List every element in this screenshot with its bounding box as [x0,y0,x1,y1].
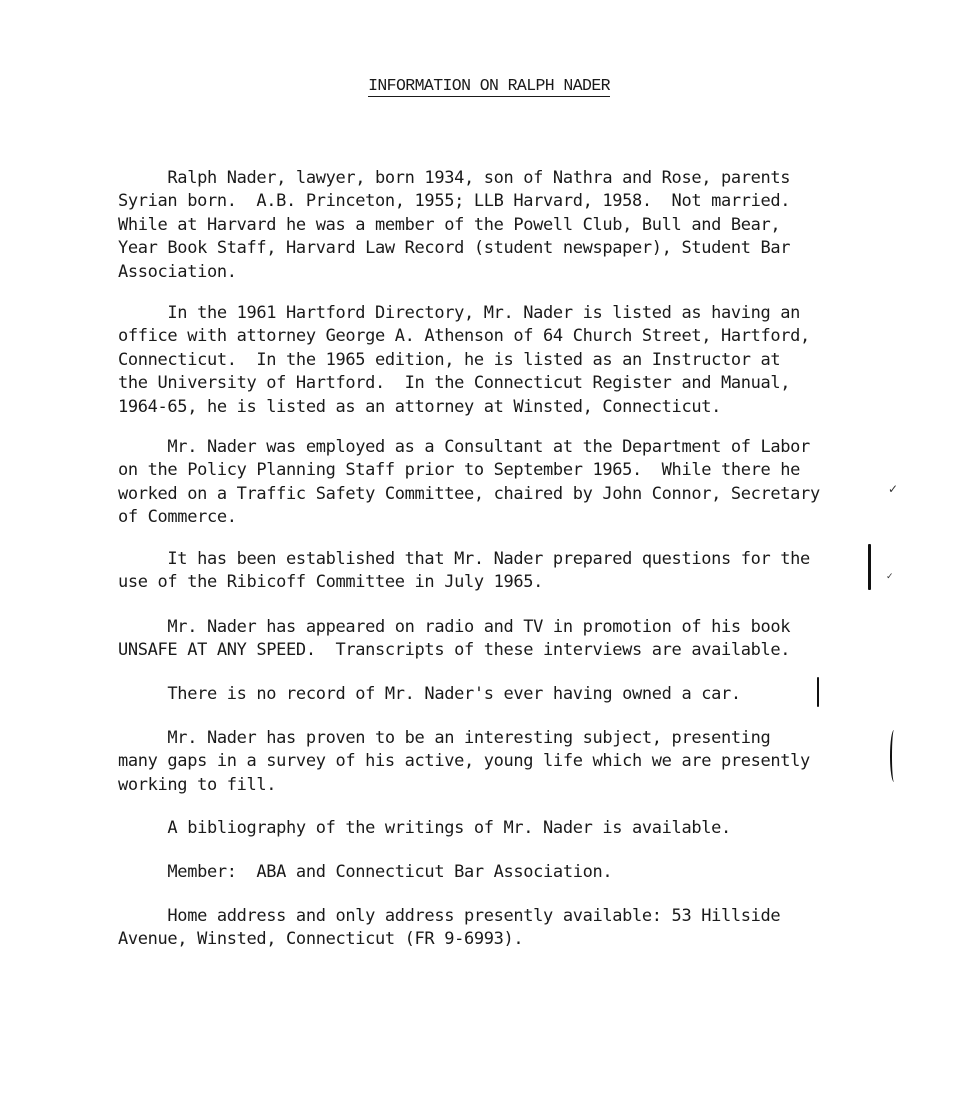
paragraph-line: use of the Ribicoff Committee in July 19… [118,572,543,592]
document-page: INFORMATION ON RALPH NADER Ralph Nader, … [0,0,978,1094]
paragraph-line: on the Policy Planning Staff prior to Se… [118,460,800,480]
paragraph-car-record: There is no record of Mr. Nader's ever h… [118,683,878,706]
paragraph-biography: Ralph Nader, lawyer, born 1934, son of N… [118,167,878,284]
paragraph-line: It has been established that Mr. Nader p… [118,549,810,569]
paragraph-line: Association. [118,262,237,282]
margin-bar-mark [817,677,819,707]
margin-bracket-mark [890,730,900,782]
paragraph-line: office with attorney George A. Athenson … [118,326,810,346]
paragraph-line: of Commerce. [118,507,237,527]
paragraph-radio-tv: Mr. Nader has appeared on radio and TV i… [118,616,878,663]
paragraph-hartford-directory: In the 1961 Hartford Directory, Mr. Nade… [118,302,878,419]
document-title: INFORMATION ON RALPH NADER [0,76,978,95]
margin-bar-mark [868,544,871,590]
paragraph-membership: Member: ABA and Connecticut Bar Associat… [118,861,878,884]
paragraph-line: Mr. Nader has appeared on radio and TV i… [118,617,790,637]
paragraph-line: many gaps in a survey of his active, you… [118,751,810,771]
paragraph-home-address: Home address and only address presently … [118,905,878,952]
paragraph-line: Mr. Nader has proven to be an interestin… [118,728,770,748]
paragraph-line: working to fill. [118,775,276,795]
paragraph-line: Mr. Nader was employed as a Consultant a… [118,437,810,457]
paragraph-line: worked on a Traffic Safety Committee, ch… [118,484,820,504]
document-title-text: INFORMATION ON RALPH NADER [368,76,610,97]
paragraph-line: There is no record of Mr. Nader's ever h… [118,684,741,704]
paragraph-bibliography: A bibliography of the writings of Mr. Na… [118,817,878,840]
paragraph-line: In the 1961 Hartford Directory, Mr. Nade… [118,303,800,323]
paragraph-line: Avenue, Winsted, Connecticut (FR 9-6993)… [118,929,523,949]
paragraph-department-of-labor: Mr. Nader was employed as a Consultant a… [118,436,878,530]
paragraph-line: While at Harvard he was a member of the … [118,215,780,235]
paragraph-line: Member: ABA and Connecticut Bar Associat… [118,862,612,882]
paragraph-line: Year Book Staff, Harvard Law Record (stu… [118,238,790,258]
paragraph-line: the University of Hartford. In the Conne… [118,373,790,393]
paragraph-line: 1964-65, he is listed as an attorney at … [118,397,721,417]
paragraph-line: Home address and only address presently … [118,906,780,926]
paragraph-line: Syrian born. A.B. Princeton, 1955; LLB H… [118,191,790,211]
paragraph-interesting-subject: Mr. Nader has proven to be an interestin… [118,727,878,797]
paragraph-line: UNSAFE AT ANY SPEED. Transcripts of thes… [118,640,790,660]
paragraph-line: Connecticut. In the 1965 edition, he is … [118,350,780,370]
paragraph-ribicoff-committee: It has been established that Mr. Nader p… [118,548,878,595]
check-mark-icon: ✓ [888,482,898,496]
paragraph-line: A bibliography of the writings of Mr. Na… [118,818,731,838]
check-mark-icon: ✓ [886,572,894,582]
paragraph-line: Ralph Nader, lawyer, born 1934, son of N… [118,168,790,188]
